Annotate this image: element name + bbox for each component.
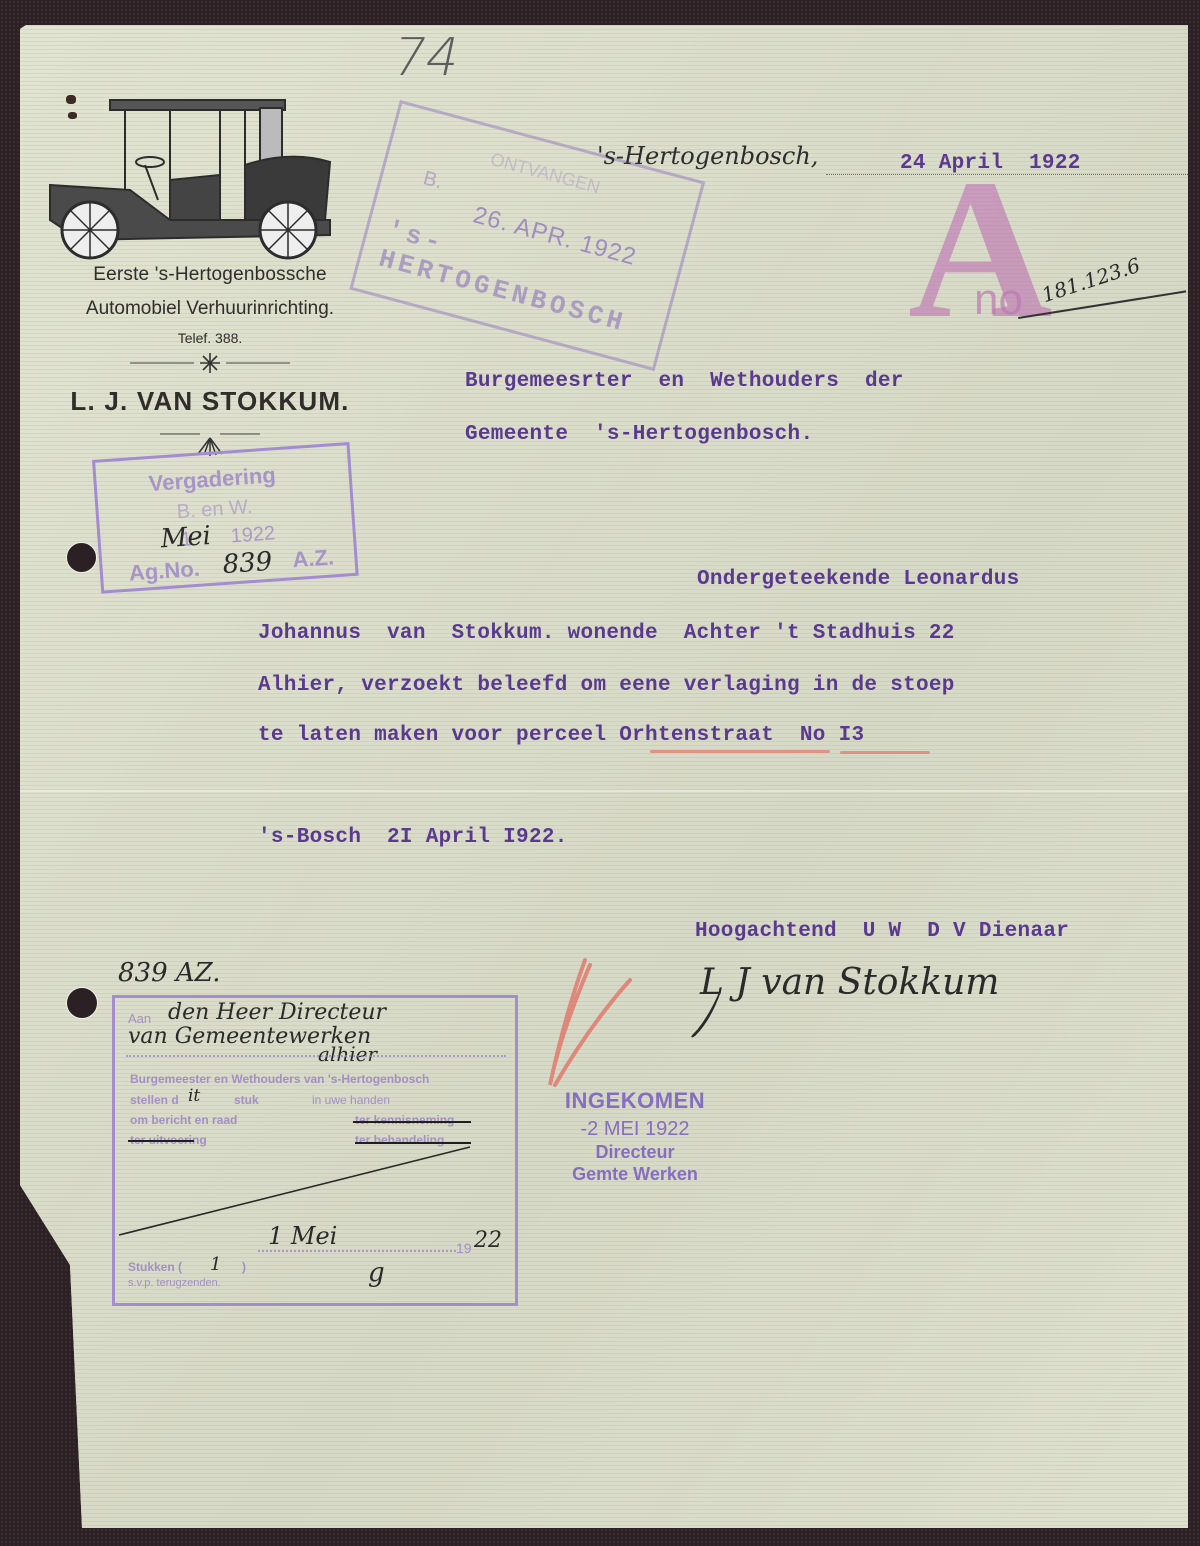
form-date-handwritten: 1 Mei xyxy=(268,1222,337,1250)
form-handen: in uwe handen xyxy=(312,1093,390,1107)
meeting-month-handwritten: Mei xyxy=(160,521,212,554)
form-stukken-label: Stukken ( xyxy=(128,1260,182,1274)
form-reference-handwritten: 839 AZ. xyxy=(118,958,221,988)
closing-salutation: Hoogachtend U W D V Dienaar xyxy=(695,920,1069,943)
form-address-line xyxy=(126,1055,506,1057)
meeting-stamp-body: B. en W. xyxy=(176,496,253,524)
letter-dateline: 's-Bosch 2I April I922. xyxy=(258,826,568,849)
form-stukken-count: 1 xyxy=(210,1254,221,1275)
star-ornament-icon xyxy=(130,348,290,378)
form-initial-handwritten: g xyxy=(368,1258,385,1288)
form-kennisneming: ter kennisneming xyxy=(355,1113,454,1127)
meeting-stamp-title: Vergadering xyxy=(148,462,277,497)
agenda-suffix: A.Z. xyxy=(292,544,335,573)
meeting-agenda-stamp: Vergadering B. en W. 1 1922 Mei Ag.No. 8… xyxy=(92,442,359,594)
form-stukken-close: ) xyxy=(242,1260,246,1274)
postmark-partial-text: ONTVANGEN xyxy=(488,149,602,198)
form-date-line xyxy=(258,1250,456,1252)
pencil-mark: 74 xyxy=(387,28,466,88)
incoming-stamp-title: INGEKOMEN xyxy=(540,1088,730,1114)
form-stuk: stuk xyxy=(234,1093,259,1107)
punch-hole xyxy=(66,987,98,1019)
form-to-handwritten-3: alhier xyxy=(318,1042,377,1066)
registry-number-label: no xyxy=(974,275,1023,325)
signature: L J van Stokkum xyxy=(700,962,999,1003)
strikethrough xyxy=(128,1140,194,1142)
body-line-1: Ondergeteekende Leonardus xyxy=(697,568,1020,591)
strikethrough xyxy=(355,1142,471,1144)
postmark-prefix: B. xyxy=(421,167,445,194)
form-to-handwritten-1: den Heer Directeur xyxy=(168,1000,386,1025)
form-printed-line-1: Burgemeester en Wethouders van 's-Hertog… xyxy=(130,1072,429,1086)
form-year-prefix: 19 xyxy=(456,1240,472,1256)
vintage-automobile-icon xyxy=(40,70,340,260)
strikethrough xyxy=(353,1121,471,1123)
body-line-4: te laten maken voor perceel Orhtenstraat… xyxy=(258,724,864,747)
company-name-line2: Automobiel Verhuurinrichting. xyxy=(30,298,390,320)
body-line-2: Johannus van Stokkum. wonende Achter 't … xyxy=(258,622,955,645)
form-year-handwritten: 22 xyxy=(474,1228,502,1253)
incoming-stamp-dept-1: Directeur xyxy=(540,1142,730,1163)
form-dit-handwritten: it xyxy=(188,1086,200,1106)
agenda-number-handwritten: 839 xyxy=(222,547,274,580)
body-line-3: Alhier, verzoekt beleefd om eene verlagi… xyxy=(258,674,955,697)
addressee-line-1: Burgemeesrter en Wethouders der xyxy=(465,370,904,393)
signature-flourish xyxy=(690,990,730,1040)
form-bericht: om bericht en raad xyxy=(130,1113,237,1127)
red-underline xyxy=(840,751,930,754)
red-pencil-checkmark xyxy=(530,955,640,1095)
proprietor-name: L. J. VAN STOKKUM. xyxy=(30,386,390,417)
form-stellen: stellen d xyxy=(130,1093,179,1107)
printed-place-name: 's-Hertogenbosch, xyxy=(597,142,818,170)
incoming-stamp-dept-2: Gemte Werken xyxy=(540,1164,730,1185)
company-phone: Telef. 388. xyxy=(30,330,390,346)
company-name-line1: Eerste 's-Hertogenbossche xyxy=(30,264,390,286)
form-return-note: s.v.p. terugzenden. xyxy=(128,1277,221,1289)
agenda-label: Ag.No. xyxy=(128,556,201,587)
paper-fold xyxy=(20,790,1188,792)
red-underline xyxy=(650,750,830,753)
incoming-stamp: INGEKOMEN -2 MEI 1922 Directeur Gemte We… xyxy=(540,1088,730,1185)
addressee-line-2: Gemeente 's-Hertogenbosch. xyxy=(465,423,813,446)
punch-hole xyxy=(66,542,97,573)
incoming-stamp-date: -2 MEI 1922 xyxy=(540,1118,730,1141)
